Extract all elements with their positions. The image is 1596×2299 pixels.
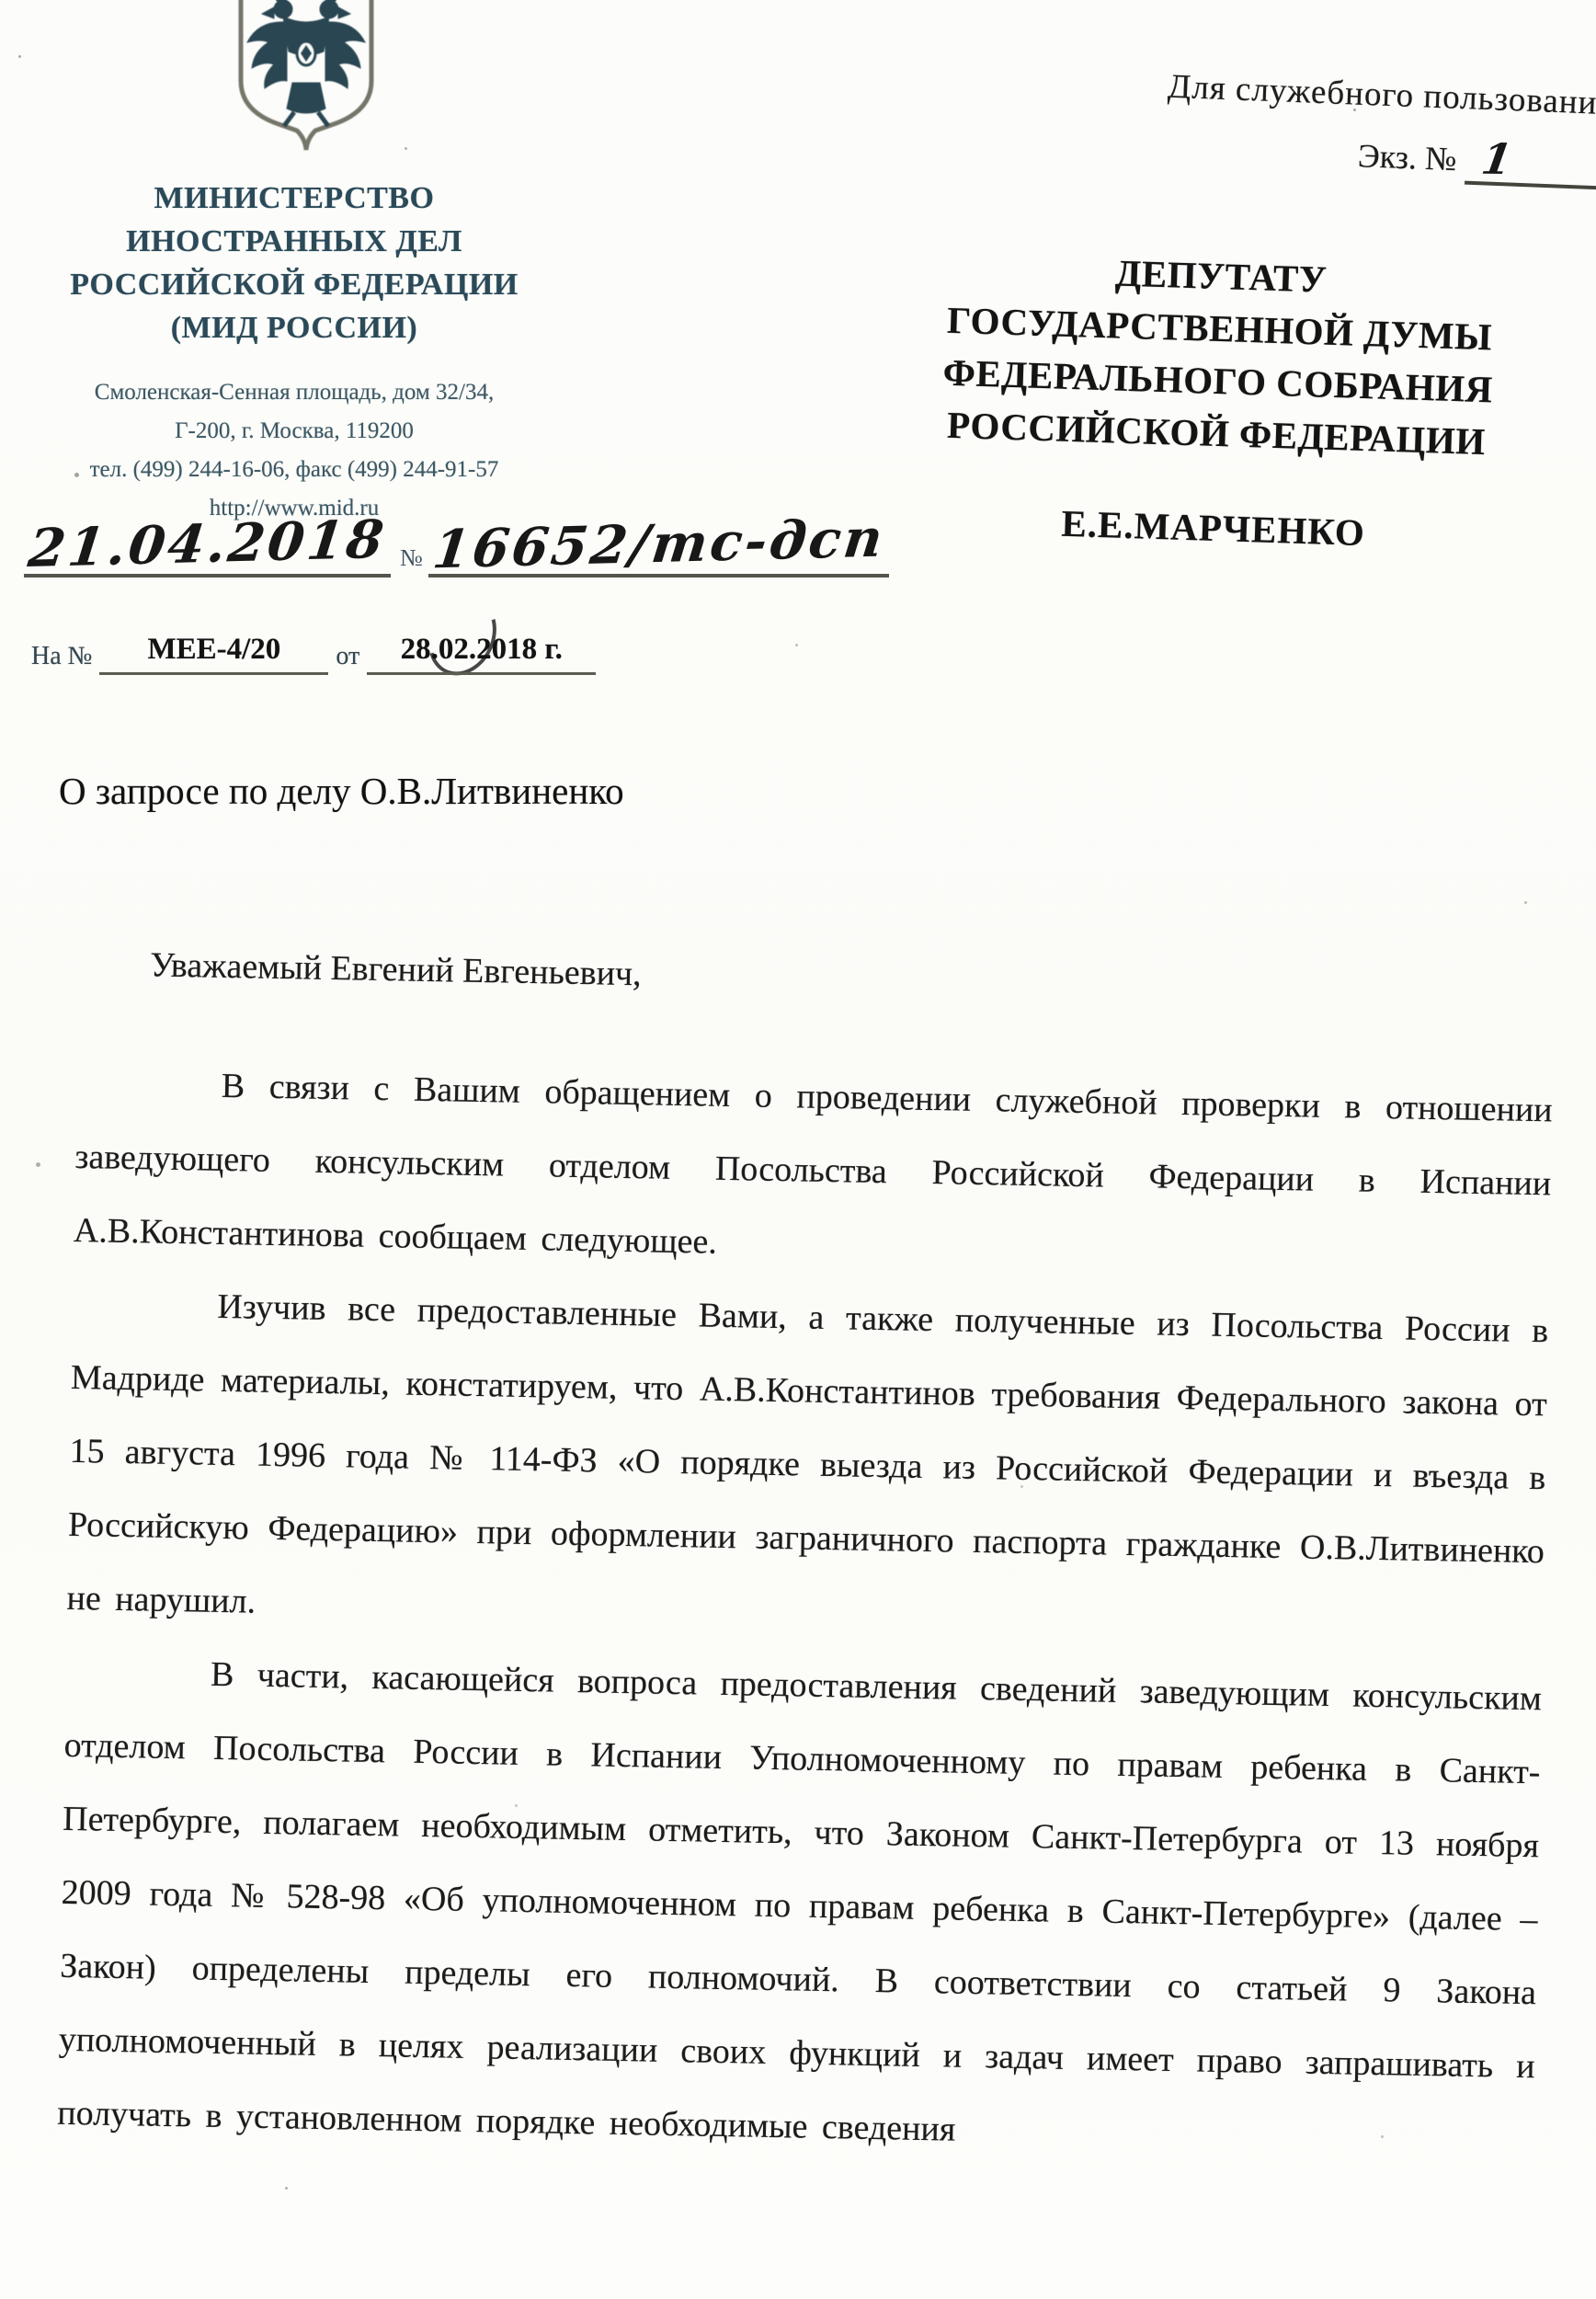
reference-number: МЕЕ-4/20 <box>99 633 328 675</box>
russia-coat-of-arms-icon <box>228 0 384 167</box>
classification-stamp: Для служебного пользования <box>1168 67 1596 124</box>
addressee-block: ДЕПУТАТУ ГОСУДАРСТВЕННОЙ ДУМЫ ФЕДЕРАЛЬНО… <box>880 240 1555 566</box>
org-name-line: МИНИСТЕРСТВО <box>28 177 561 220</box>
copy-number-field: 1 <box>1465 135 1596 191</box>
body-paragraph: В части, касающейся вопроса предоставлен… <box>57 1635 1543 2177</box>
copy-number-line: Экз. № 1 <box>1357 131 1596 191</box>
org-name: МИНИСТЕРСТВО ИНОСТРАННЫХ ДЕЛ РОССИЙСКОЙ … <box>28 177 561 349</box>
org-address: Смоленская-Сенная площадь, дом 32/34, Г-… <box>28 373 561 528</box>
addressee-name: Е.Е.МАРЧЕНКО <box>880 492 1546 566</box>
salutation: Уважаемый Евгений Евгеньевич, <box>78 927 1556 1027</box>
org-name-line: (МИД РОССИИ) <box>28 306 561 349</box>
copy-number-handwritten: 1 <box>1478 136 1518 182</box>
number-sign: № <box>391 544 428 578</box>
outgoing-number-handwritten: 16652/тс-дсп <box>430 511 888 578</box>
letter-body: Уважаемый Евгений Евгеньевич, В связи с … <box>57 927 1556 2177</box>
outgoing-date-handwritten: 21.04.2018 <box>26 512 389 577</box>
scanned-letter-page: МИНИСТЕРСТВО ИНОСТРАННЫХ ДЕЛ РОССИЙСКОЙ … <box>0 0 1596 2299</box>
outgoing-number-line: 21.04.2018 № 16652/тс-дсп <box>24 517 889 578</box>
reference-from-label: от <box>328 642 367 675</box>
org-name-line: РОССИЙСКОЙ ФЕДЕРАЦИИ <box>28 263 561 306</box>
org-address-line: Смоленская-Сенная площадь, дом 32/34, <box>28 373 561 412</box>
scan-speckles <box>18 55 21 58</box>
reference-label: На № <box>24 642 99 675</box>
body-paragraph: В связи с Вашим обращением о проведении … <box>73 1047 1553 1294</box>
letterhead: МИНИСТЕРСТВО ИНОСТРАННЫХ ДЕЛ РОССИЙСКОЙ … <box>28 177 561 528</box>
org-name-line: ИНОСТРАННЫХ ДЕЛ <box>28 220 561 263</box>
subject-line: О запросе по делу О.В.Литвиненко <box>59 769 624 813</box>
reference-date: 28.02.2018 г. <box>367 633 596 675</box>
org-address-line: Г-200, г. Москва, 119200 <box>28 412 561 451</box>
reference-line: На № МЕЕ-4/20 от 28.02.2018 г. <box>24 633 596 675</box>
copy-number-label: Экз. № <box>1357 136 1466 184</box>
outgoing-number-field: 16652/тс-дсп <box>428 517 890 578</box>
body-paragraph: Изучив все предоставленные Вами, а также… <box>66 1267 1549 1662</box>
org-address-line: тел. (499) 244-16-06, факс (499) 244-91-… <box>28 451 561 489</box>
outgoing-date-field: 21.04.2018 <box>24 517 391 578</box>
